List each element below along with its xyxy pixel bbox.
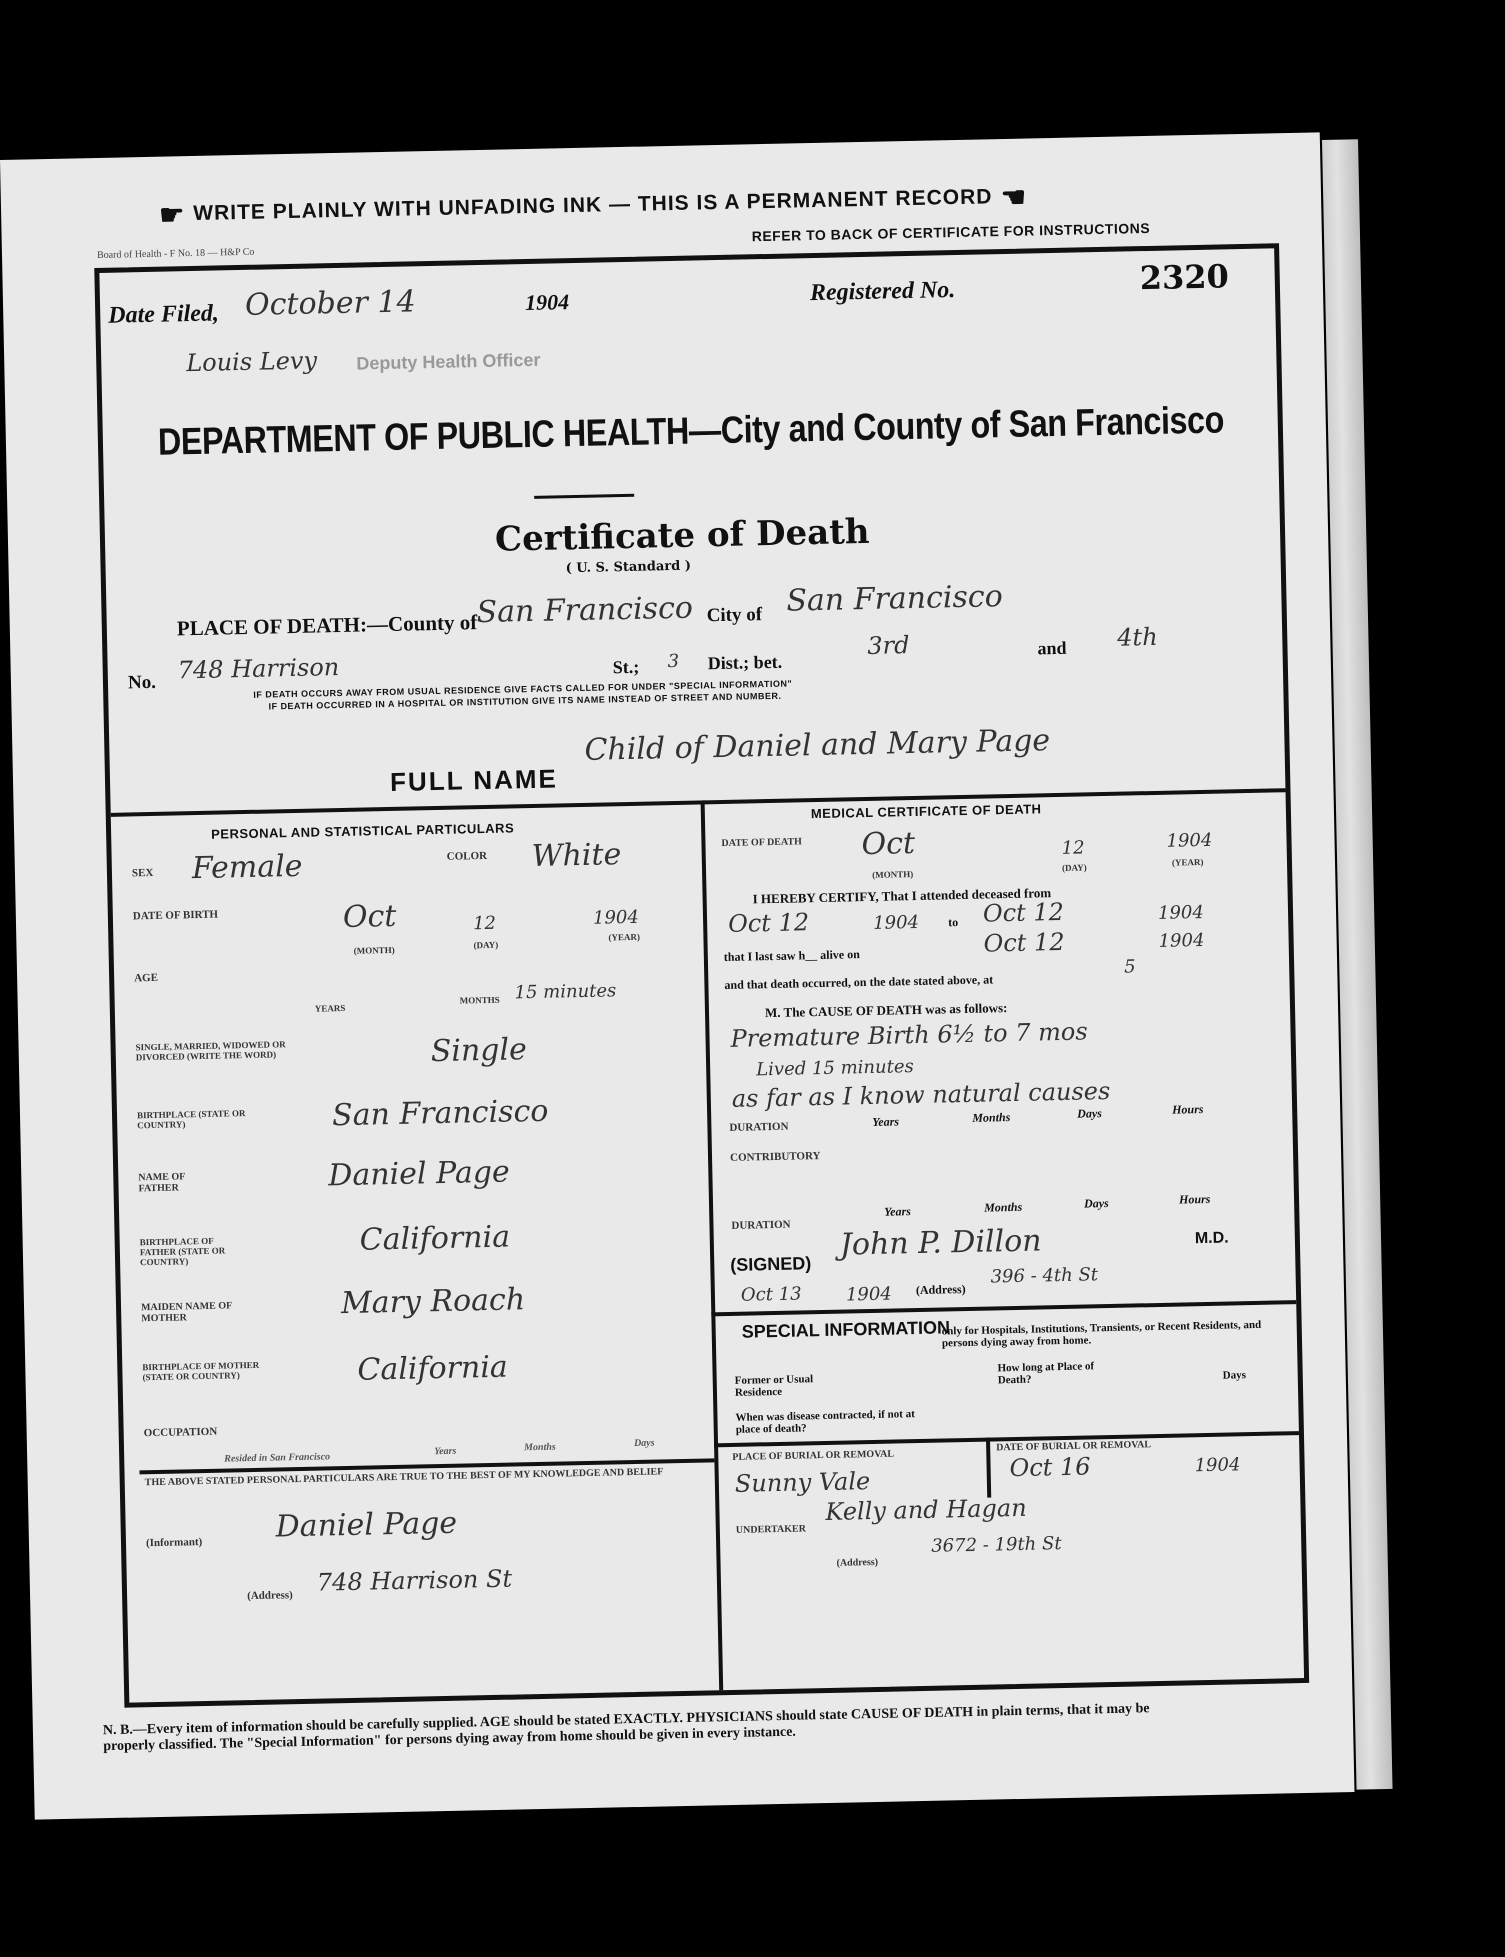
dob-year: 1904	[593, 907, 639, 929]
department-heading: DEPARTMENT OF PUBLIC HEALTH—City and Cou…	[158, 399, 1225, 464]
banner-text: WRITE PLAINLY WITH UNFADING INK — THIS I…	[193, 185, 993, 225]
burial-place-value: Sunny Vale	[735, 1467, 871, 1498]
city-label: City of	[706, 604, 762, 627]
father-name-value: Daniel Page	[328, 1155, 510, 1194]
birthplace-value: San Francisco	[332, 1094, 549, 1134]
burial-year-value: 1904	[1194, 1454, 1240, 1476]
cause-line-2: Lived 15 minutes	[756, 1056, 914, 1080]
color-label: COLOR	[447, 850, 488, 863]
informant-address-label: (Address)	[247, 1589, 293, 1602]
and-label: and	[1037, 638, 1066, 660]
dob-day: 12	[473, 913, 496, 934]
officer-signature: Louis Levy	[186, 346, 317, 377]
county-value: San Francisco	[476, 591, 693, 631]
section-divider	[111, 788, 1286, 817]
former-residence-label: Former or Usual Residence	[735, 1373, 825, 1399]
undertaker-address-value: 3672 - 19th St	[931, 1533, 1062, 1557]
duration-years: Years	[872, 1114, 899, 1130]
physician-address-value: 396 - 4th St	[990, 1264, 1098, 1287]
footer-note: N. B.—Every item of information should b…	[103, 1700, 1203, 1755]
duration-days: Days	[1077, 1106, 1102, 1122]
date-filed-label: Date Filed,	[108, 300, 219, 329]
age-years-caption: Years	[315, 1003, 346, 1014]
resided-years: Years	[434, 1446, 456, 1457]
attended-from-year: 1904	[873, 912, 919, 934]
color-value: White	[531, 837, 621, 874]
certificate-frame: Date Filed, October 14 1904 Registered N…	[94, 243, 1309, 1708]
sex-label: SEX	[132, 867, 154, 879]
mother-birthplace-value: California	[357, 1350, 508, 1388]
month-caption: (Month)	[354, 945, 395, 956]
attended-to-year: 1904	[1158, 902, 1204, 924]
how-long-label: How long at Place of Death?	[997, 1360, 1107, 1386]
street-no-label: No.	[128, 672, 156, 695]
year-caption: (Year)	[608, 932, 640, 943]
attended-from-date: Oct 12	[728, 908, 810, 938]
date-of-death-label: DATE OF DEATH	[721, 836, 802, 849]
informant-label: (Informant)	[146, 1536, 202, 1549]
st-value: 3	[667, 651, 679, 672]
duration-hours-2: Hours	[1179, 1192, 1211, 1208]
street-address-value: 748 Harrison	[177, 653, 339, 684]
last-saw-label: that I last saw h__ alive on	[724, 947, 860, 965]
undertaker-address-label: (Address)	[836, 1557, 878, 1569]
duration-days-2: Days	[1084, 1196, 1109, 1212]
resided-months: Months	[524, 1442, 556, 1454]
burial-date-label: DATE of BURIAL or REMOVAL	[996, 1439, 1151, 1453]
last-saw-year: 1904	[1158, 930, 1204, 952]
duration-label-2: DURATION	[731, 1219, 790, 1232]
city-value: San Francisco	[786, 579, 1003, 619]
resided-label: Resided in San Francisco	[224, 1451, 330, 1464]
disease-contracted-label: When was disease contracted, if not at p…	[735, 1408, 935, 1436]
birthplace-label: BIRTHPLACE (State or Country)	[137, 1108, 247, 1130]
father-birthplace-value: California	[359, 1220, 510, 1258]
mother-maiden-name-label: MAIDEN NAME OF MOTHER	[141, 1300, 251, 1324]
dist-label: Dist.; bet.	[707, 652, 782, 675]
to-label: to	[948, 915, 958, 930]
informant-address-value: 748 Harrison St	[317, 1565, 513, 1597]
burial-divider	[986, 1438, 991, 1498]
certificate-title: Certificate of Death	[495, 512, 870, 560]
board-form-number: Board of Health - F No. 18 — H&P Co	[97, 247, 255, 261]
pointing-hand-icon: ☛	[159, 198, 186, 232]
signed-label: (SIGNED)	[730, 1253, 811, 1276]
st-label: St.;	[613, 657, 640, 679]
duration-months-2: Months	[984, 1200, 1022, 1216]
duration-months: Months	[972, 1110, 1010, 1126]
full-name-value: Child of Daniel and Mary Page	[584, 723, 1050, 768]
last-saw-date: Oct 12	[983, 928, 1065, 958]
date-of-death-year: 1904	[1166, 830, 1212, 852]
place-of-death-label: PLACE OF DEATH:—County of	[177, 610, 478, 641]
contributory-label: CONTRIBUTORY	[730, 1150, 821, 1164]
md-label: M.D.	[1195, 1230, 1229, 1249]
signed-year: 1904	[846, 1284, 892, 1306]
mother-birthplace-label: BIRTHPLACE OF MOTHER (State or Country)	[142, 1360, 262, 1383]
refer-note: REFER TO BACK OF CERTIFICATE FOR INSTRUC…	[752, 220, 1151, 244]
father-name-label: NAME OF FATHER	[138, 1171, 218, 1195]
undertaker-value: Kelly and Hagan	[825, 1494, 1027, 1526]
cause-label: M. The CAUSE OF DEATH was as follows:	[765, 1000, 1008, 1021]
cause-line-1: Premature Birth 6½ to 7 mos	[730, 1017, 1088, 1052]
mother-maiden-name-value: Mary Roach	[341, 1282, 526, 1321]
age-months-caption: Months	[460, 995, 500, 1006]
informant-value: Daniel Page	[275, 1506, 457, 1545]
signed-date: Oct 13	[741, 1283, 802, 1305]
dob-label: DATE OF BIRTH	[133, 909, 218, 923]
father-birthplace-label: BIRTHPLACE OF FATHER (State or Country)	[140, 1235, 251, 1267]
occupation-label: OCCUPATION	[144, 1426, 218, 1440]
undertaker-label: UNDERTAKER	[736, 1523, 806, 1535]
marital-value: Single	[430, 1032, 527, 1069]
date-filed-value: October 14	[245, 284, 416, 323]
full-name-label: FULL NAME	[390, 763, 558, 798]
duration-label: DURATION	[729, 1121, 788, 1134]
registered-number: 2320	[1139, 257, 1229, 297]
resided-days: Days	[634, 1438, 655, 1449]
burial-date-value: Oct 16	[1009, 1452, 1091, 1482]
duration-hours: Hours	[1172, 1102, 1204, 1118]
registered-label: Registered No.	[810, 277, 956, 307]
marital-label: SINGLE, MARRIED, WIDOWED OR DIVORCED (Wr…	[136, 1039, 316, 1063]
standard-label: ( U. S. Standard )	[566, 559, 692, 577]
physician-address-label: (Address)	[916, 1282, 966, 1298]
date-of-death-day: 12	[1061, 837, 1084, 858]
personal-heading: PERSONAL AND STATISTICAL PARTICULARS	[211, 820, 514, 841]
officer-title: Deputy Health Officer	[356, 350, 540, 375]
pointing-hand-icon: ☛	[1000, 181, 1027, 215]
date-filed-year: 1904	[525, 289, 570, 316]
dob-month: Oct	[343, 899, 397, 935]
time-of-death: 5	[1124, 956, 1136, 977]
date-of-death-month: Oct	[861, 826, 915, 862]
dod-year-caption: (Year)	[1172, 857, 1204, 868]
physician-signature: John P. Dillon	[840, 1223, 1042, 1262]
divider	[534, 494, 634, 499]
how-long-days-label: Days	[1223, 1369, 1246, 1381]
day-caption: (Day)	[473, 940, 498, 951]
burial-place-label: PLACE OF BURIAL OR REMOVAL	[732, 1449, 894, 1463]
death-certificate: ☛WRITE PLAINLY WITH UNFADING INK — THIS …	[0, 132, 1354, 1819]
between-street-2: 4th	[1117, 623, 1158, 652]
column-divider	[701, 800, 724, 1690]
duration-years-2: Years	[884, 1204, 911, 1220]
death-occurred-text: and that death occurred, on the date sta…	[724, 972, 993, 993]
dod-day-caption: (Day)	[1062, 862, 1087, 873]
age-value: 15 minutes	[514, 980, 616, 1003]
medical-heading: MEDICAL CERTIFICATE OF DEATH	[811, 801, 1042, 821]
attended-to-date: Oct 12	[983, 898, 1065, 928]
between-street-1: 3rd	[867, 631, 910, 660]
cause-line-3: as far as I know natural causes	[732, 1077, 1111, 1113]
dod-month-caption: (Month)	[872, 869, 913, 880]
age-label: AGE	[134, 972, 158, 984]
sex-value: Female	[192, 849, 303, 886]
